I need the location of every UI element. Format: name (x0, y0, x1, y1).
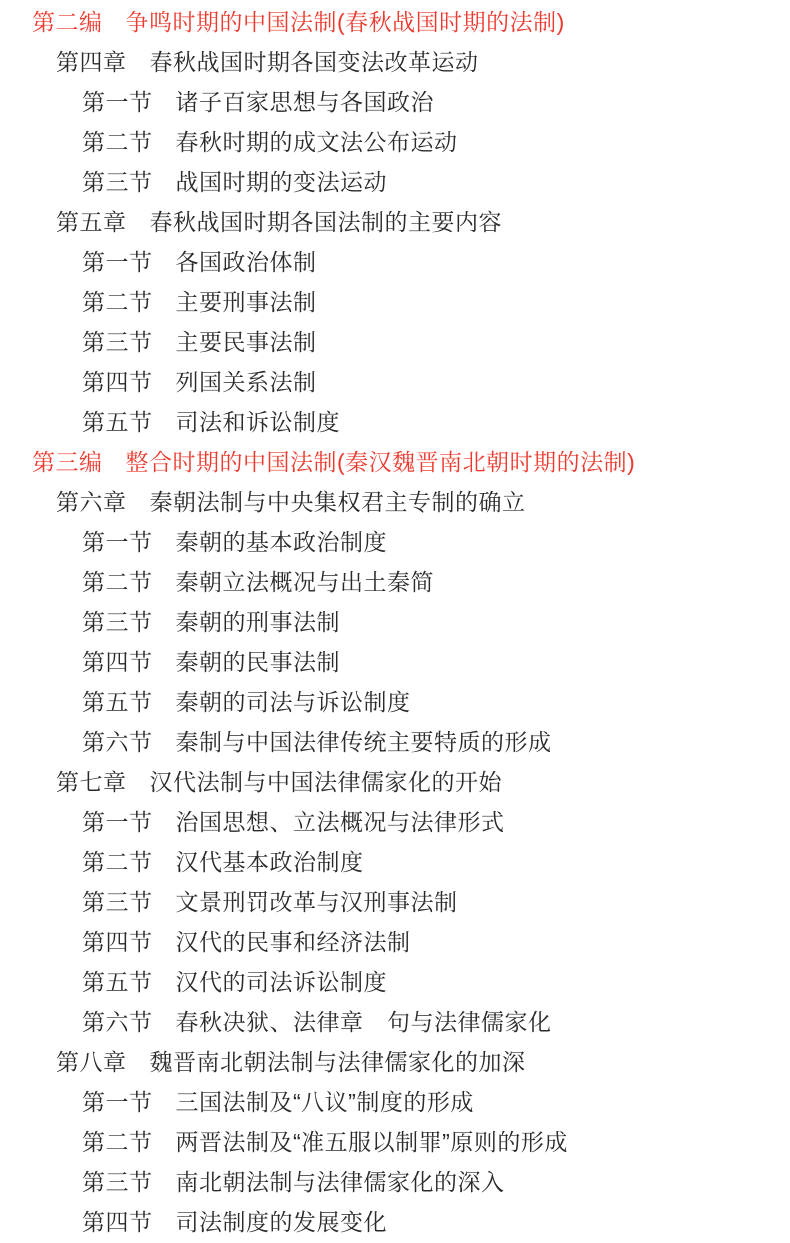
toc-entry: 第三节主要民事法制 (0, 322, 790, 362)
toc-entry-title: 主要民事法制 (176, 329, 317, 355)
toc-entry: 第四节列国关系法制 (0, 362, 790, 402)
toc-entry-title: 秦朝的民事法制 (176, 649, 341, 675)
toc-entry-title: 秦朝法制与中央集权君主专制的确立 (150, 489, 526, 515)
toc-entry-label: 第二编 (32, 9, 103, 35)
toc-entry: 第二节汉代基本政治制度 (0, 842, 790, 882)
toc-entry: 第一节各国政治体制 (0, 242, 790, 282)
toc-entry-label: 第七章 (56, 769, 127, 795)
toc-entry-label: 第三节 (82, 609, 153, 635)
toc-entry-label: 第三编 (32, 449, 103, 475)
toc-entry: 第四节汉代的民事和经济法制 (0, 922, 790, 962)
toc-entry-label: 第四章 (56, 49, 127, 75)
toc-entry-label: 第一节 (82, 529, 153, 555)
toc-entry-title: 秦朝的基本政治制度 (176, 529, 388, 555)
toc-entry: 第二节主要刑事法制 (0, 282, 790, 322)
toc-entry: 第一节治国思想、立法概况与法律形式 (0, 802, 790, 842)
toc-entry-label: 第三节 (82, 169, 153, 195)
toc-entry-title: 魏晋南北朝法制与法律儒家化的加深 (150, 1049, 526, 1075)
toc-entry: 第三编整合时期的中国法制(秦汉魏晋南北朝时期的法制) (0, 442, 790, 482)
toc-entry: 第一节秦朝的基本政治制度 (0, 522, 790, 562)
toc-entry-label: 第三节 (82, 1169, 153, 1195)
toc-entry-title: 司法制度的发展变化 (176, 1209, 388, 1235)
toc-entry-label: 第一节 (82, 249, 153, 275)
toc-entry-title: 春秋战国时期各国变法改革运动 (150, 49, 479, 75)
toc-entry-title: 汉代的民事和经济法制 (176, 929, 411, 955)
toc-entry-title: 汉代基本政治制度 (176, 849, 364, 875)
toc-entry-title: 司法和诉讼制度 (176, 409, 341, 435)
toc-entry-title: 列国关系法制 (176, 369, 317, 395)
toc-entry-label: 第六章 (56, 489, 127, 515)
toc-entry-label: 第六节 (82, 729, 153, 755)
toc-entry: 第六节春秋决狱、法律章 句与法律儒家化 (0, 1002, 790, 1042)
toc-entry: 第一节三国法制及“八议”制度的形成 (0, 1082, 790, 1122)
toc-list: 第二编争鸣时期的中国法制(春秋战国时期的法制) 第四章春秋战国时期各国变法改革运… (0, 2, 790, 1242)
toc-entry: 第二节秦朝立法概况与出土秦简 (0, 562, 790, 602)
toc-entry: 第一节诸子百家思想与各国政治 (0, 82, 790, 122)
toc-entry-title: 各国政治体制 (176, 249, 317, 275)
toc-entry-title: 汉代法制与中国法律儒家化的开始 (150, 769, 503, 795)
toc-entry: 第五节汉代的司法诉讼制度 (0, 962, 790, 1002)
toc-entry-label: 第一节 (82, 1089, 153, 1115)
toc-entry: 第六章秦朝法制与中央集权君主专制的确立 (0, 482, 790, 522)
toc-entry-label: 第一节 (82, 89, 153, 115)
toc-entry: 第七章汉代法制与中国法律儒家化的开始 (0, 762, 790, 802)
toc-entry-title: 三国法制及“八议”制度的形成 (176, 1089, 474, 1115)
toc-entry: 第八章魏晋南北朝法制与法律儒家化的加深 (0, 1042, 790, 1082)
toc-entry: 第二节春秋时期的成文法公布运动 (0, 122, 790, 162)
toc-entry-label: 第四节 (82, 1209, 153, 1235)
toc-entry-title: 主要刑事法制 (176, 289, 317, 315)
toc-entry: 第六节秦制与中国法律传统主要特质的形成 (0, 722, 790, 762)
toc-entry: 第五节秦朝的司法与诉讼制度 (0, 682, 790, 722)
toc-entry-label: 第三节 (82, 329, 153, 355)
toc-entry-title: 春秋时期的成文法公布运动 (176, 129, 458, 155)
toc-entry-title: 争鸣时期的中国法制(春秋战国时期的法制) (126, 9, 565, 35)
toc-entry-label: 第五节 (82, 689, 153, 715)
toc-entry-title: 战国时期的变法运动 (176, 169, 388, 195)
toc-page: 第二编争鸣时期的中国法制(春秋战国时期的法制) 第四章春秋战国时期各国变法改革运… (0, 0, 790, 1242)
toc-entry: 第五章春秋战国时期各国法制的主要内容 (0, 202, 790, 242)
toc-entry: 第二节两晋法制及“准五服以制罪”原则的形成 (0, 1122, 790, 1162)
toc-entry: 第四节司法制度的发展变化 (0, 1202, 790, 1242)
toc-entry: 第三节文景刑罚改革与汉刑事法制 (0, 882, 790, 922)
toc-entry-label: 第四节 (82, 929, 153, 955)
toc-entry: 第四节秦朝的民事法制 (0, 642, 790, 682)
toc-entry-title: 两晋法制及“准五服以制罪”原则的形成 (176, 1129, 568, 1155)
toc-entry-title: 汉代的司法诉讼制度 (176, 969, 388, 995)
toc-entry-label: 第四节 (82, 649, 153, 675)
toc-entry-label: 第二节 (82, 289, 153, 315)
toc-entry-title: 南北朝法制与法律儒家化的深入 (176, 1169, 505, 1195)
toc-entry-label: 第一节 (82, 809, 153, 835)
toc-entry-title: 春秋战国时期各国法制的主要内容 (150, 209, 503, 235)
toc-entry-label: 第六节 (82, 1009, 153, 1035)
toc-entry-label: 第二节 (82, 569, 153, 595)
toc-entry-title: 治国思想、立法概况与法律形式 (176, 809, 505, 835)
toc-entry-title: 整合时期的中国法制(秦汉魏晋南北朝时期的法制) (126, 449, 636, 475)
toc-entry: 第五节司法和诉讼制度 (0, 402, 790, 442)
toc-entry-title: 秦朝立法概况与出土秦简 (176, 569, 435, 595)
toc-entry: 第二编争鸣时期的中国法制(春秋战国时期的法制) (0, 2, 790, 42)
toc-entry: 第三节战国时期的变法运动 (0, 162, 790, 202)
toc-entry-title: 秦朝的刑事法制 (176, 609, 341, 635)
toc-entry-title: 诸子百家思想与各国政治 (176, 89, 435, 115)
toc-entry-label: 第四节 (82, 369, 153, 395)
toc-entry: 第三节秦朝的刑事法制 (0, 602, 790, 642)
toc-entry-title: 春秋决狱、法律章 句与法律儒家化 (176, 1009, 552, 1035)
toc-entry-label: 第二节 (82, 129, 153, 155)
toc-entry-title: 文景刑罚改革与汉刑事法制 (176, 889, 458, 915)
toc-entry-label: 第三节 (82, 889, 153, 915)
toc-entry: 第三节南北朝法制与法律儒家化的深入 (0, 1162, 790, 1202)
toc-entry-label: 第八章 (56, 1049, 127, 1075)
toc-entry-label: 第五章 (56, 209, 127, 235)
toc-entry-title: 秦朝的司法与诉讼制度 (176, 689, 411, 715)
toc-entry-label: 第五节 (82, 969, 153, 995)
toc-entry-label: 第五节 (82, 409, 153, 435)
toc-entry-label: 第二节 (82, 849, 153, 875)
toc-entry-label: 第二节 (82, 1129, 153, 1155)
toc-entry: 第四章春秋战国时期各国变法改革运动 (0, 42, 790, 82)
toc-entry-title: 秦制与中国法律传统主要特质的形成 (176, 729, 552, 755)
